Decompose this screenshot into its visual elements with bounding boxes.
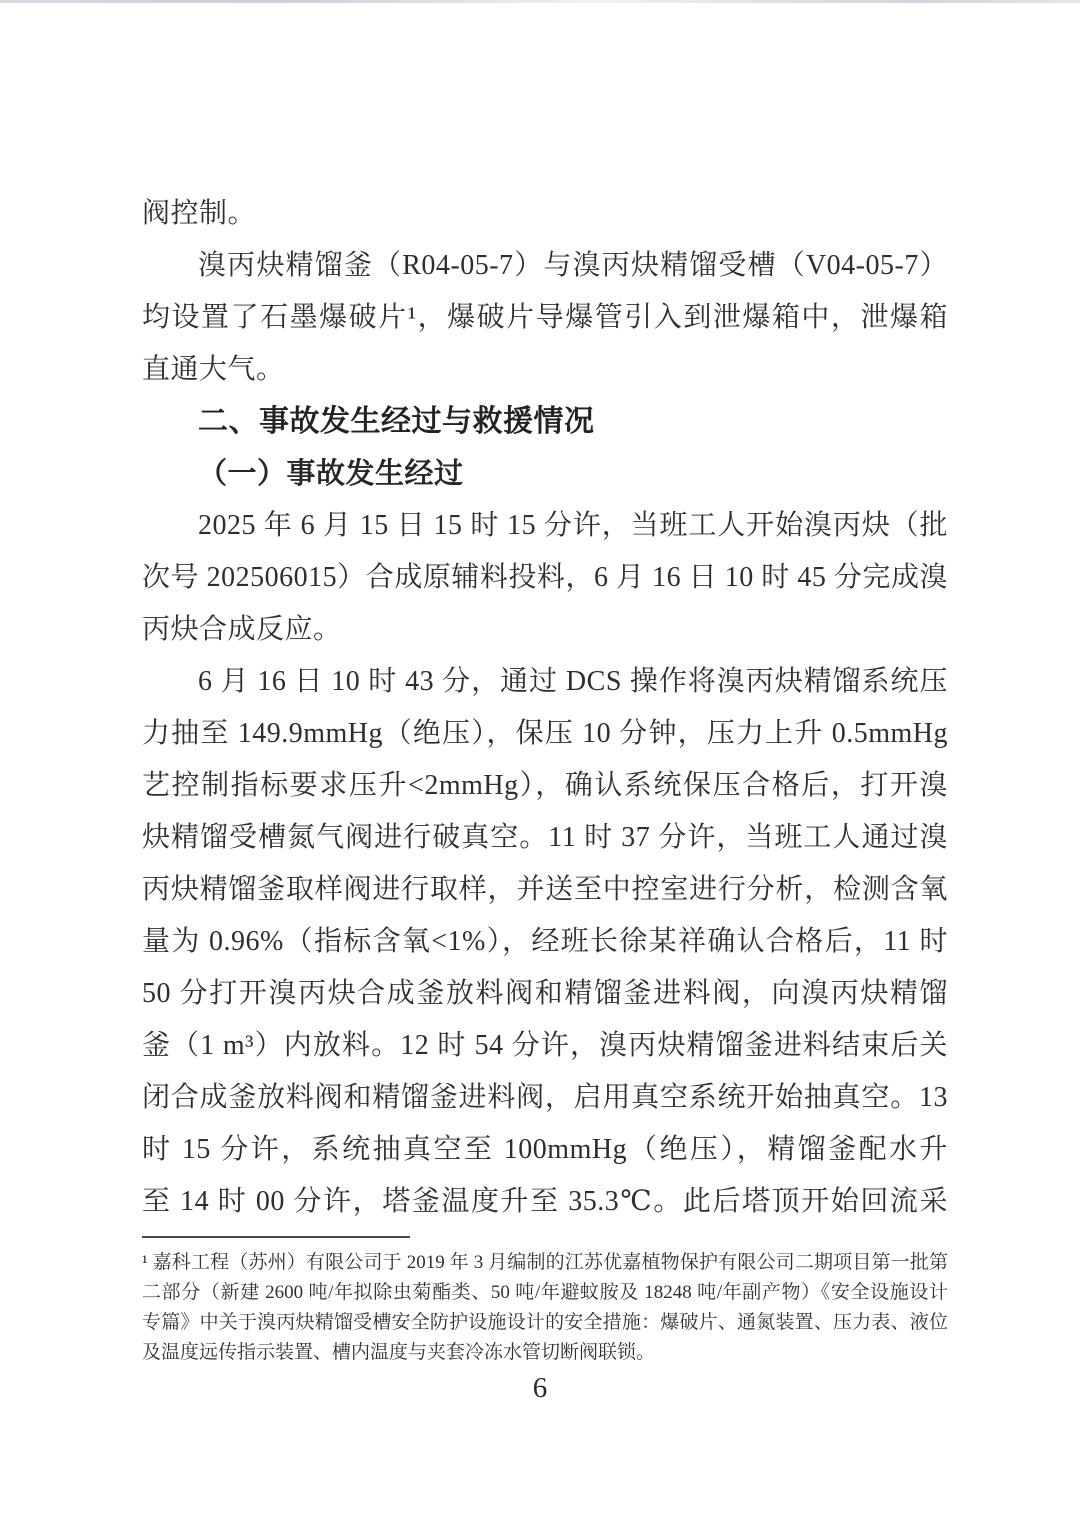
- body-line: 闭合成釜放料阀和精馏釜进料阀，启用真空系统开始抽真空。13: [142, 1072, 948, 1124]
- body-line: 艺控制指标要求压升<2mmHg），确认系统保压合格后，打开溴丙: [142, 760, 948, 812]
- body-line: 炔精馏受槽氮气阀进行破真空。11 时 37 分许，当班工人通过溴: [142, 812, 948, 864]
- scan-edge-artifact: [0, 0, 1080, 3]
- body-line: 2025 年 6 月 15 日 15 时 15 分许，当班工人开始溴丙炔（批: [142, 500, 948, 552]
- body-line: 次号 202506015）合成原辅料投料，6 月 16 日 10 时 45 分完…: [142, 552, 948, 604]
- body-line: 时 15 分许，系统抽真空至 100mmHg（绝压），精馏釜配水升温，: [142, 1124, 948, 1176]
- body-line: 丙炔合成反应。: [142, 604, 948, 656]
- document-page: 阀控制。 溴丙炔精馏釜（R04-05-7）与溴丙炔精馏受槽（V04-05-7） …: [0, 0, 1080, 1533]
- body-line: 至 14 时 00 分许，塔釜温度升至 35.3℃。此后塔顶开始回流采: [142, 1176, 948, 1228]
- body-line: 丙炔精馏釜取样阀进行取样，并送至中控室进行分析，检测含氧: [142, 864, 948, 916]
- footnote-line: 及温度远传指示装置、槽内温度与夹套冷冻水管切断阀联锁。: [142, 1338, 948, 1368]
- body-line: 阀控制。: [142, 188, 948, 240]
- subsection-heading: （一）事故发生经过: [142, 448, 948, 500]
- footnote-line: ¹ 嘉科工程（苏州）有限公司于 2019 年 3 月编制的江苏优嘉植物保护有限公…: [142, 1248, 948, 1278]
- body-line: 量为 0.96%（指标含氧<1%），经班长徐某祥确认合格后，11 时: [142, 916, 948, 968]
- body-line: 50 分打开溴丙炔合成釜放料阀和精馏釜进料阀，向溴丙炔精馏: [142, 968, 948, 1020]
- body-line: 直通大气。: [142, 344, 948, 396]
- body-line: 力抽至 149.9mmHg（绝压），保压 10 分钟，压力上升 0.5mmHg（…: [142, 708, 948, 760]
- body-line: 均设置了石墨爆破片¹，爆破片导爆管引入到泄爆箱中，泄爆箱: [142, 292, 948, 344]
- body-line: 釜（1 m³）内放料。12 时 54 分许，溴丙炔精馏釜进料结束后关: [142, 1020, 948, 1072]
- body-line: 溴丙炔精馏釜（R04-05-7）与溴丙炔精馏受槽（V04-05-7）: [142, 240, 948, 292]
- footnote-block: ¹ 嘉科工程（苏州）有限公司于 2019 年 3 月编制的江苏优嘉植物保护有限公…: [142, 1236, 948, 1368]
- body-line: 6 月 16 日 10 时 43 分，通过 DCS 操作将溴丙炔精馏系统压: [142, 656, 948, 708]
- footnote-line: 专篇》中关于溴丙炔精馏受槽安全防护设施设计的安全措施：爆破片、通氮装置、压力表、…: [142, 1308, 948, 1338]
- page-number: 6: [0, 1372, 1080, 1405]
- footnote-divider: [142, 1236, 410, 1238]
- footnote-line: 二部分（新建 2600 吨/年拟除虫菊酯类、50 吨/年避蚊胺及 18248 吨…: [142, 1278, 948, 1308]
- section-heading: 二、事故发生经过与救援情况: [142, 396, 948, 448]
- document-body: 阀控制。 溴丙炔精馏釜（R04-05-7）与溴丙炔精馏受槽（V04-05-7） …: [142, 188, 948, 1228]
